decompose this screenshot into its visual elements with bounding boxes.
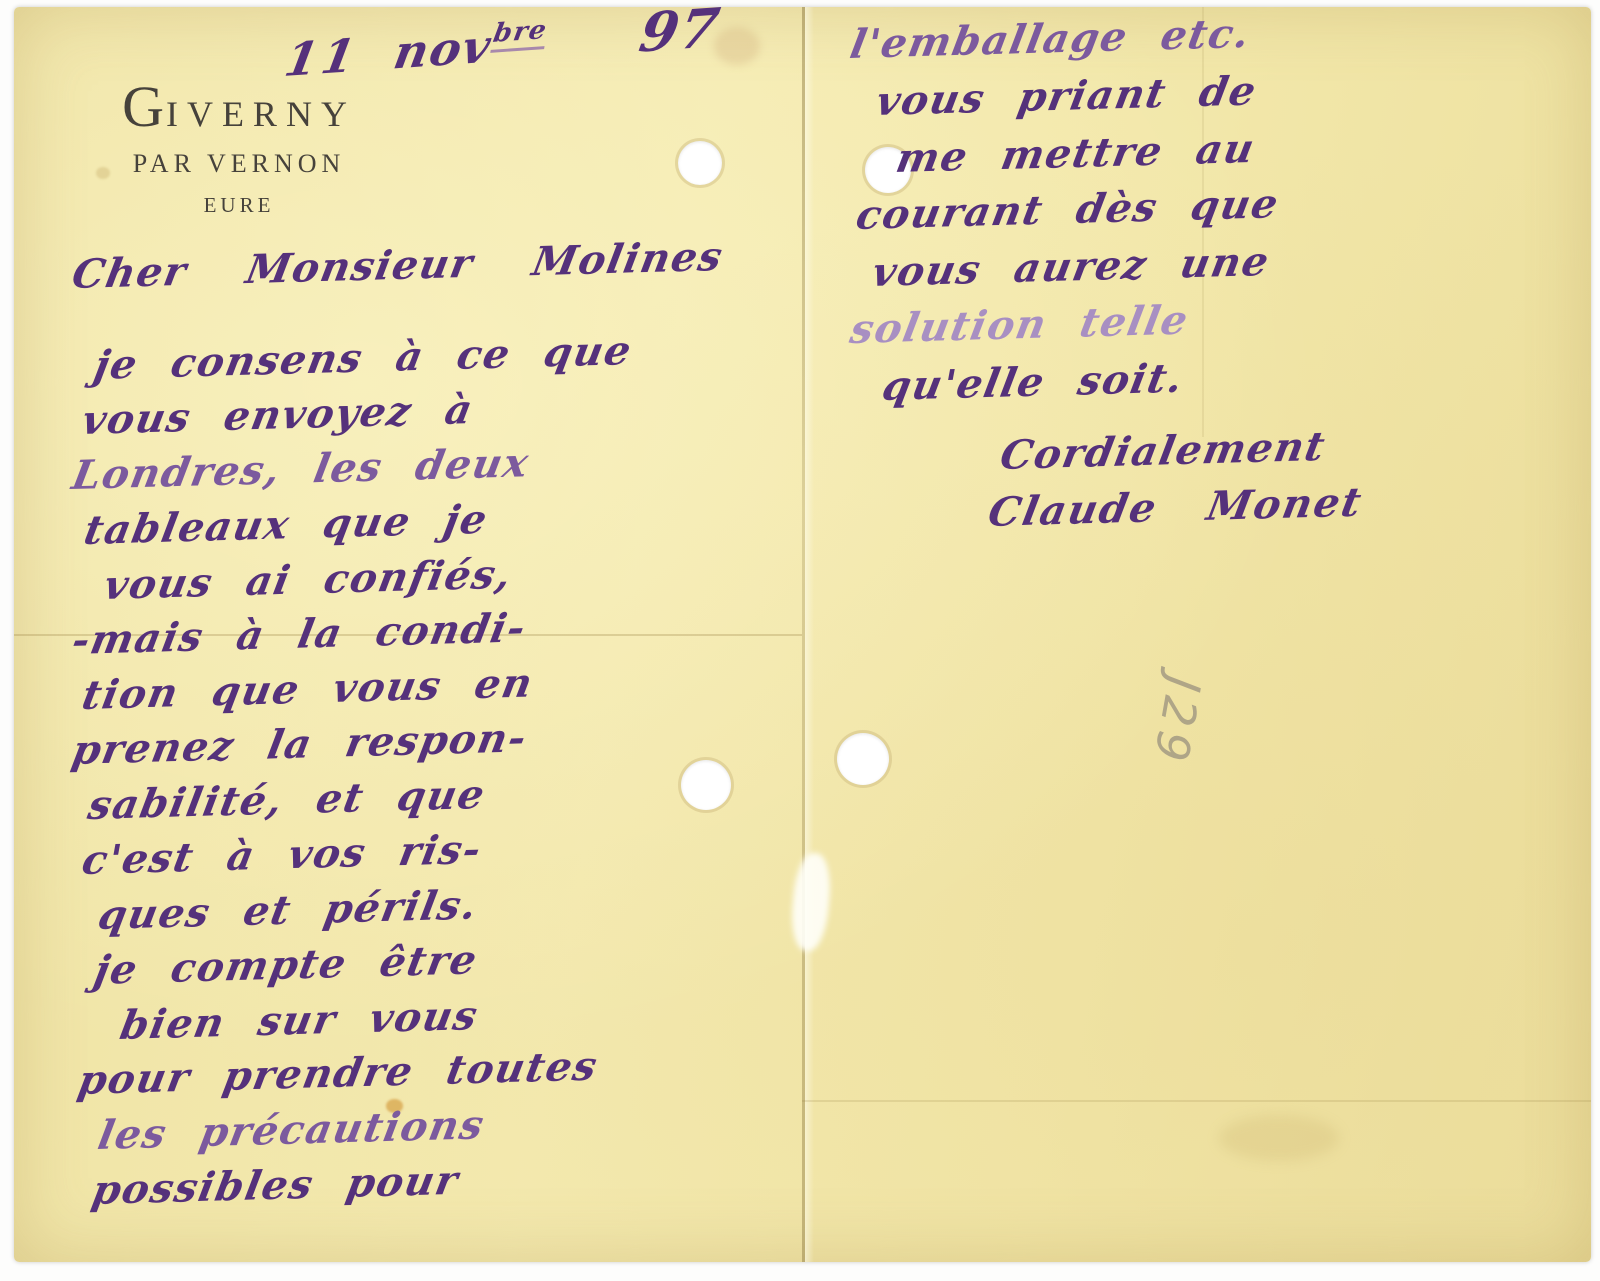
horizontal-crease-right: [802, 1100, 1591, 1102]
date-line: 11 novbre 97: [280, 7, 725, 89]
date-month-suffix: bre: [490, 15, 550, 53]
date-year: 97: [635, 7, 726, 65]
center-fold-highlight: [805, 7, 814, 1262]
punch-hole: [837, 733, 889, 785]
left-page-body: Cher Monsieur Molines je consens à ce qu…: [72, 251, 762, 1222]
salutation-line: Cher Monsieur Molines: [67, 232, 771, 306]
date-month: nov: [390, 19, 496, 80]
date-day: 11: [281, 28, 364, 87]
letterhead-place: GIVERNY: [84, 85, 394, 136]
letterhead: GIVERNY PAR VERNON EURE: [84, 85, 394, 220]
pencil-inventory-mark: J29: [1143, 673, 1212, 771]
right-page-body: l'emballage etc. vous priant de me mettr…: [850, 21, 1570, 546]
letter-sheet: GIVERNY PAR VERNON EURE 11 novbre 97 Che…: [14, 7, 1591, 1262]
paper-stain: [1219, 1115, 1339, 1161]
letterhead-region: EURE: [84, 190, 394, 220]
punch-hole: [678, 141, 722, 185]
letterhead-sub: PAR VERNON: [84, 144, 394, 184]
paper-stain: [714, 27, 760, 65]
paper-tear: [789, 852, 833, 953]
